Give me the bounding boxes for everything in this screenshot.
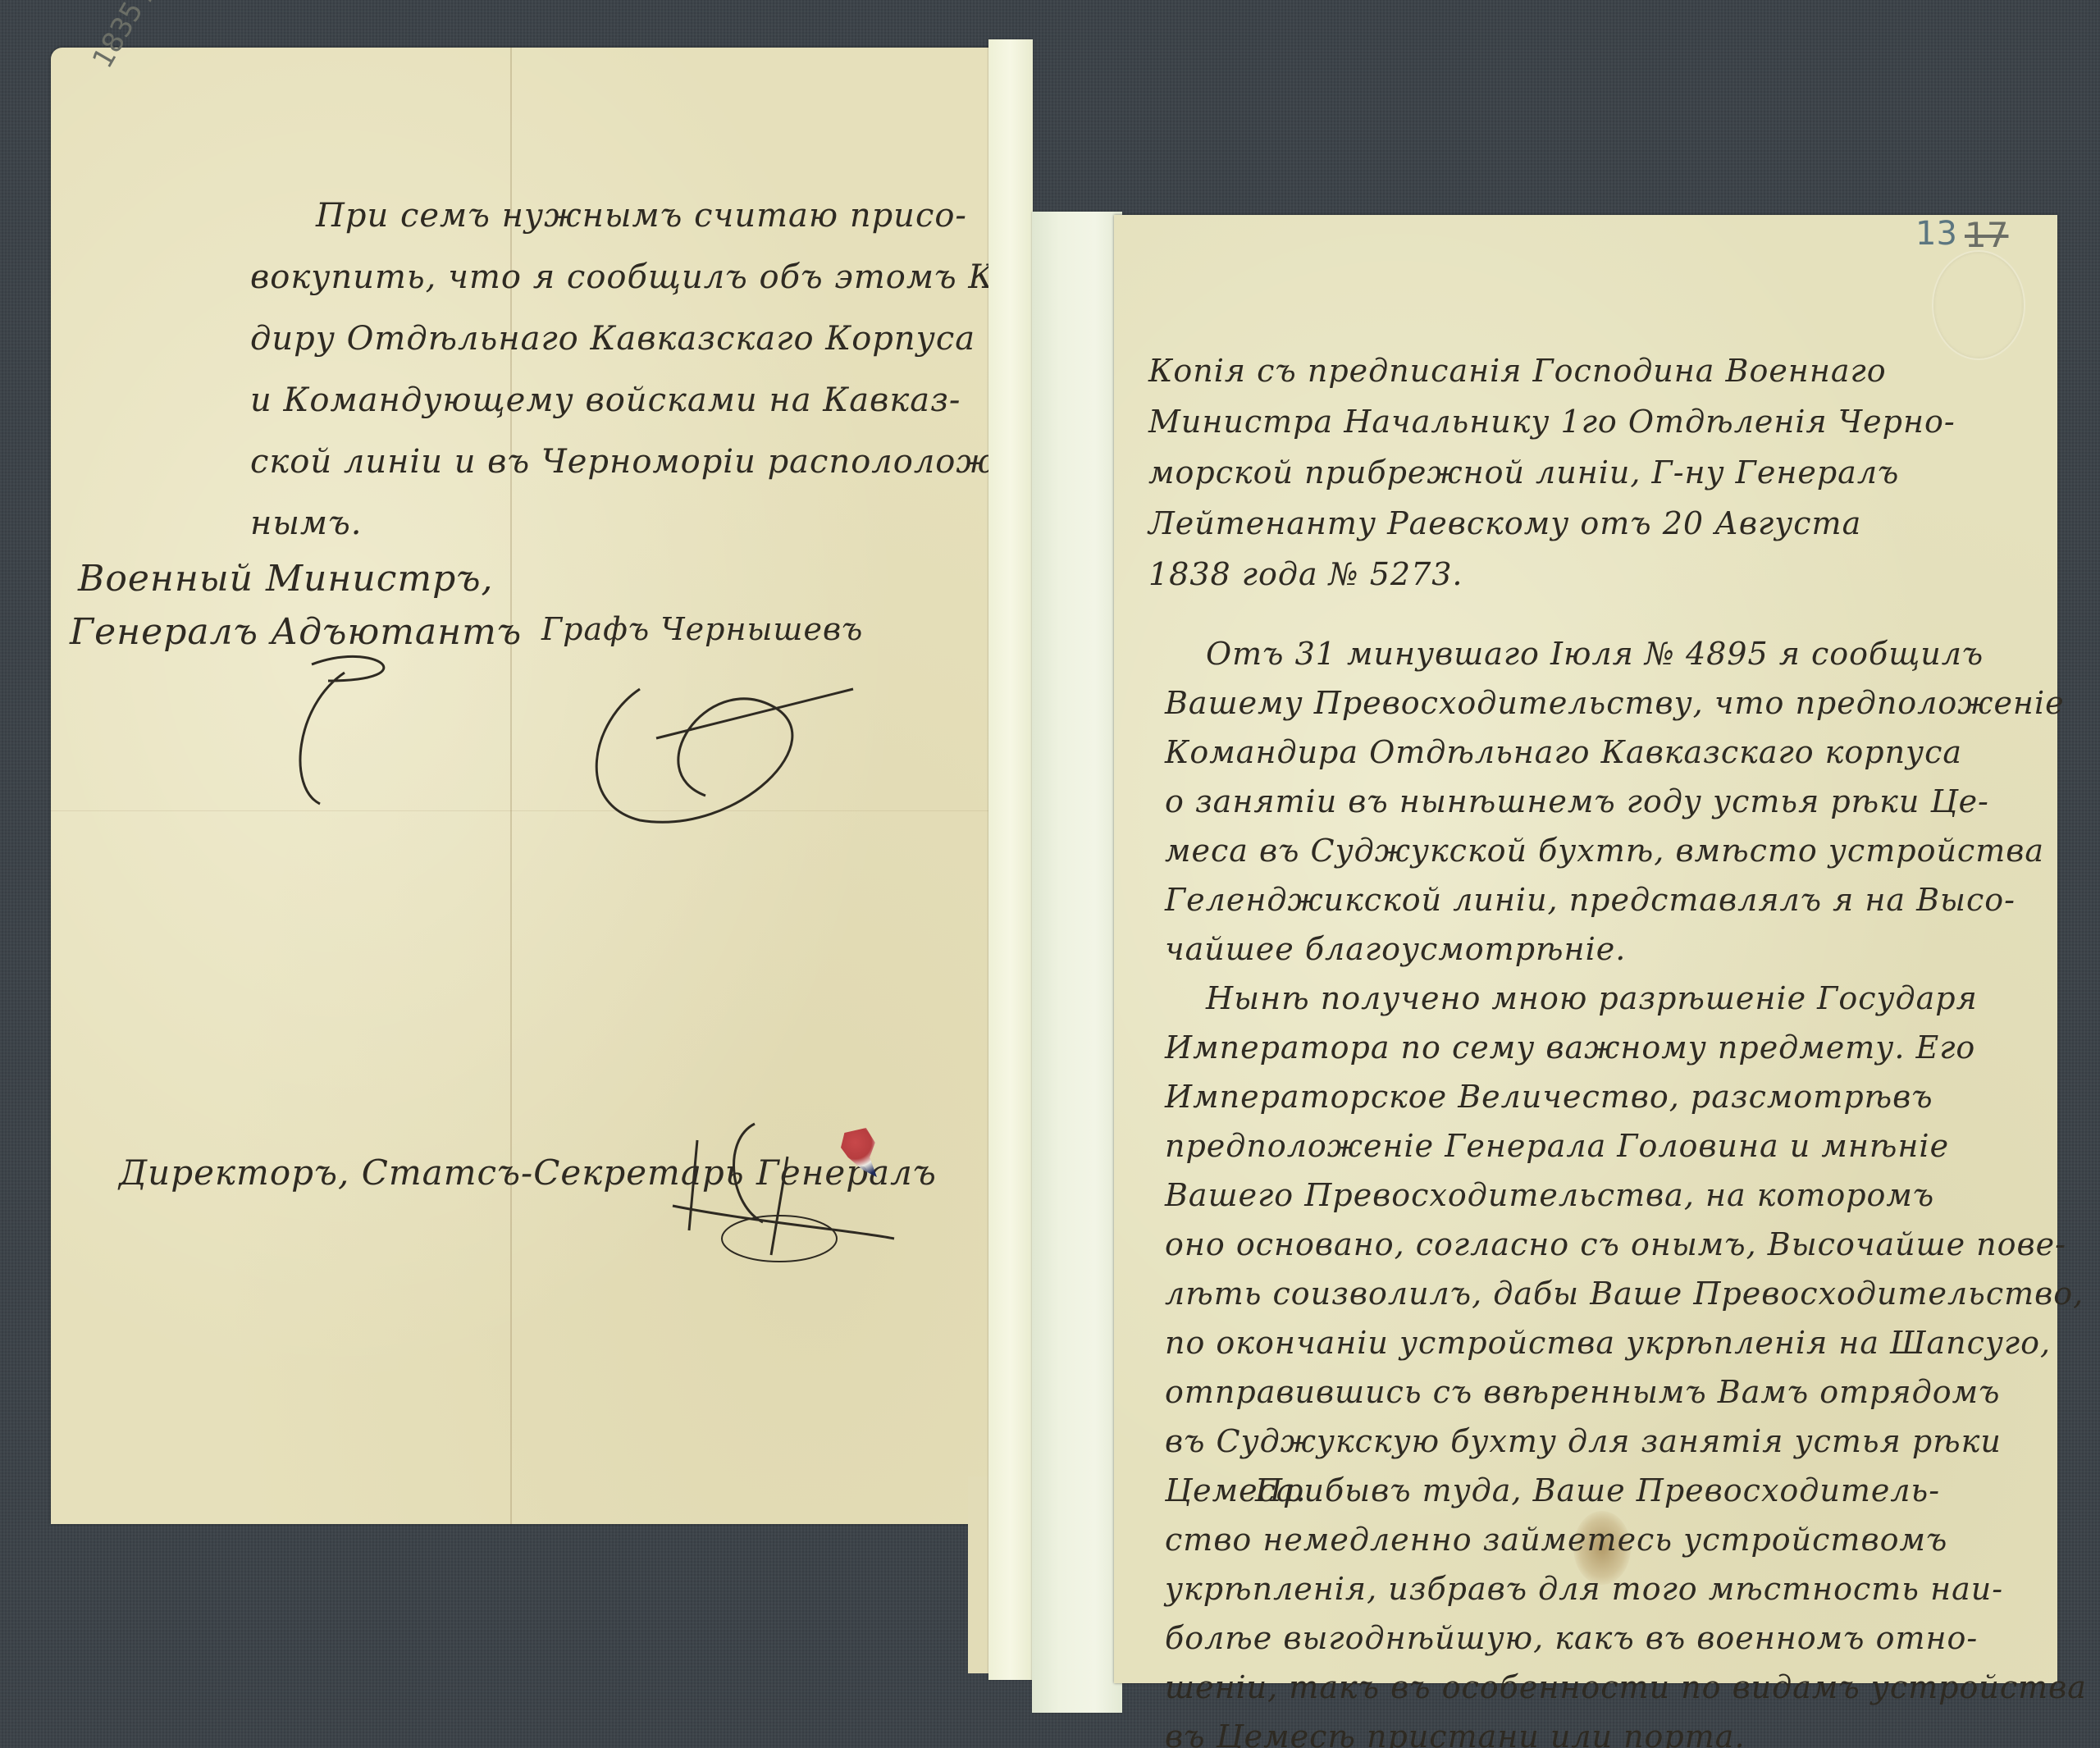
left-body-line: и Командующему войсками на Кавказ-: [250, 381, 961, 419]
body-line: меса въ Суджукской бухтѣ, вмѣсто устройс…: [1165, 833, 2044, 869]
body-line: Нынѣ получено мною разрѣшеніе Государя: [1206, 980, 1978, 1016]
body-line: шеніи, такъ въ особенности по видамъ уст…: [1165, 1669, 2087, 1705]
body-line: въ Цемесѣ пристани или порта.: [1165, 1718, 1746, 1748]
body-line: Геленджикской линіи, представлялъ я на В…: [1165, 882, 2016, 918]
left-body-line: При семъ нужнымъ считаю присо-: [316, 197, 967, 235]
body-line: Вашему Превосходительству, что предполож…: [1165, 685, 2065, 721]
body-line: отправившись съ ввѣреннымъ Вамъ отрядомъ: [1165, 1374, 2000, 1410]
body-line: Командира Отдѣльнаго Кавказскаго корпуса: [1165, 734, 1962, 770]
body-line: чайшее благоусмотрѣніе.: [1165, 931, 1626, 967]
body-line: ство немедленно займетесь устройствомъ: [1165, 1522, 1947, 1558]
heading-line: Копія съ предписанія Господина Военнаго: [1148, 353, 1887, 389]
director-line: Директоръ, Статсъ-Секретарь Генералъ: [119, 1152, 937, 1193]
body-line: укрѣпленія, избравъ для того мѣстность н…: [1165, 1571, 2003, 1607]
binding-guard-strip: [1032, 212, 1122, 1713]
body-line: Вашего Превосходительства, на которомъ: [1165, 1177, 1934, 1213]
fold-crease-horizontal: [51, 810, 1002, 811]
body-line: предположеніе Генерала Головина и мнѣніе: [1165, 1128, 1949, 1164]
folio-number: 13: [1915, 215, 1957, 253]
signatory-title: Военный Министръ,: [78, 558, 494, 600]
left-body-line: диру Отдѣльнаго Кавказскаго Корпуса: [250, 320, 975, 358]
heading-line: 1838 года № 5273.: [1148, 556, 1463, 592]
heading-line: Лейтенанту Раевскому отъ 20 Августа: [1148, 505, 1861, 541]
left-body-line: ской линіи и въ Черноморіи распололожен-: [250, 443, 1048, 481]
body-line: Императорское Величество, разсмотрѣвъ: [1165, 1079, 1933, 1115]
left-body-line: нымъ.: [250, 504, 362, 542]
body-line: по окончаніи устройства укрѣпленія на Ша…: [1165, 1325, 2051, 1361]
body-line: Императора по сему важному предмету. Его: [1165, 1029, 1975, 1066]
left-body-line: вокупить, что я сообщилъ объ этомъ Коман…: [250, 258, 1098, 296]
body-line: Отъ 31 минувшаго Іюля № 4895 я сообщилъ: [1206, 636, 1984, 672]
signatory-rank: Генералъ Адъютантъ: [70, 611, 522, 653]
body-line: Прибывъ туда, Ваше Превосходитель-: [1255, 1472, 1940, 1508]
signature-name: Графъ Чернышевъ: [541, 611, 863, 647]
binding-guard-strip: [988, 39, 1033, 1680]
folio-number-struck: 17: [1965, 215, 2008, 255]
body-line: о занятіи въ нынѣшнемъ году устья рѣки Ц…: [1165, 783, 1989, 819]
body-line: лѣть соизволилъ, дабы Ваше Превосходител…: [1165, 1276, 2084, 1312]
body-line: оно основано, согласно съ онымъ, Высочай…: [1165, 1226, 2066, 1262]
heading-line: морской прибрежной линіи, Г-ну Генералъ: [1148, 454, 1899, 491]
heading-line: Министра Начальнику 1го Отдѣленія Черно-: [1148, 404, 1956, 440]
body-line: болѣе выгоднѣйшую, какъ въ военномъ отно…: [1165, 1620, 1978, 1656]
body-line: въ Суджукскую бухту для занятія устья рѣ…: [1165, 1423, 2002, 1459]
embossed-stamp: [1932, 250, 2025, 360]
